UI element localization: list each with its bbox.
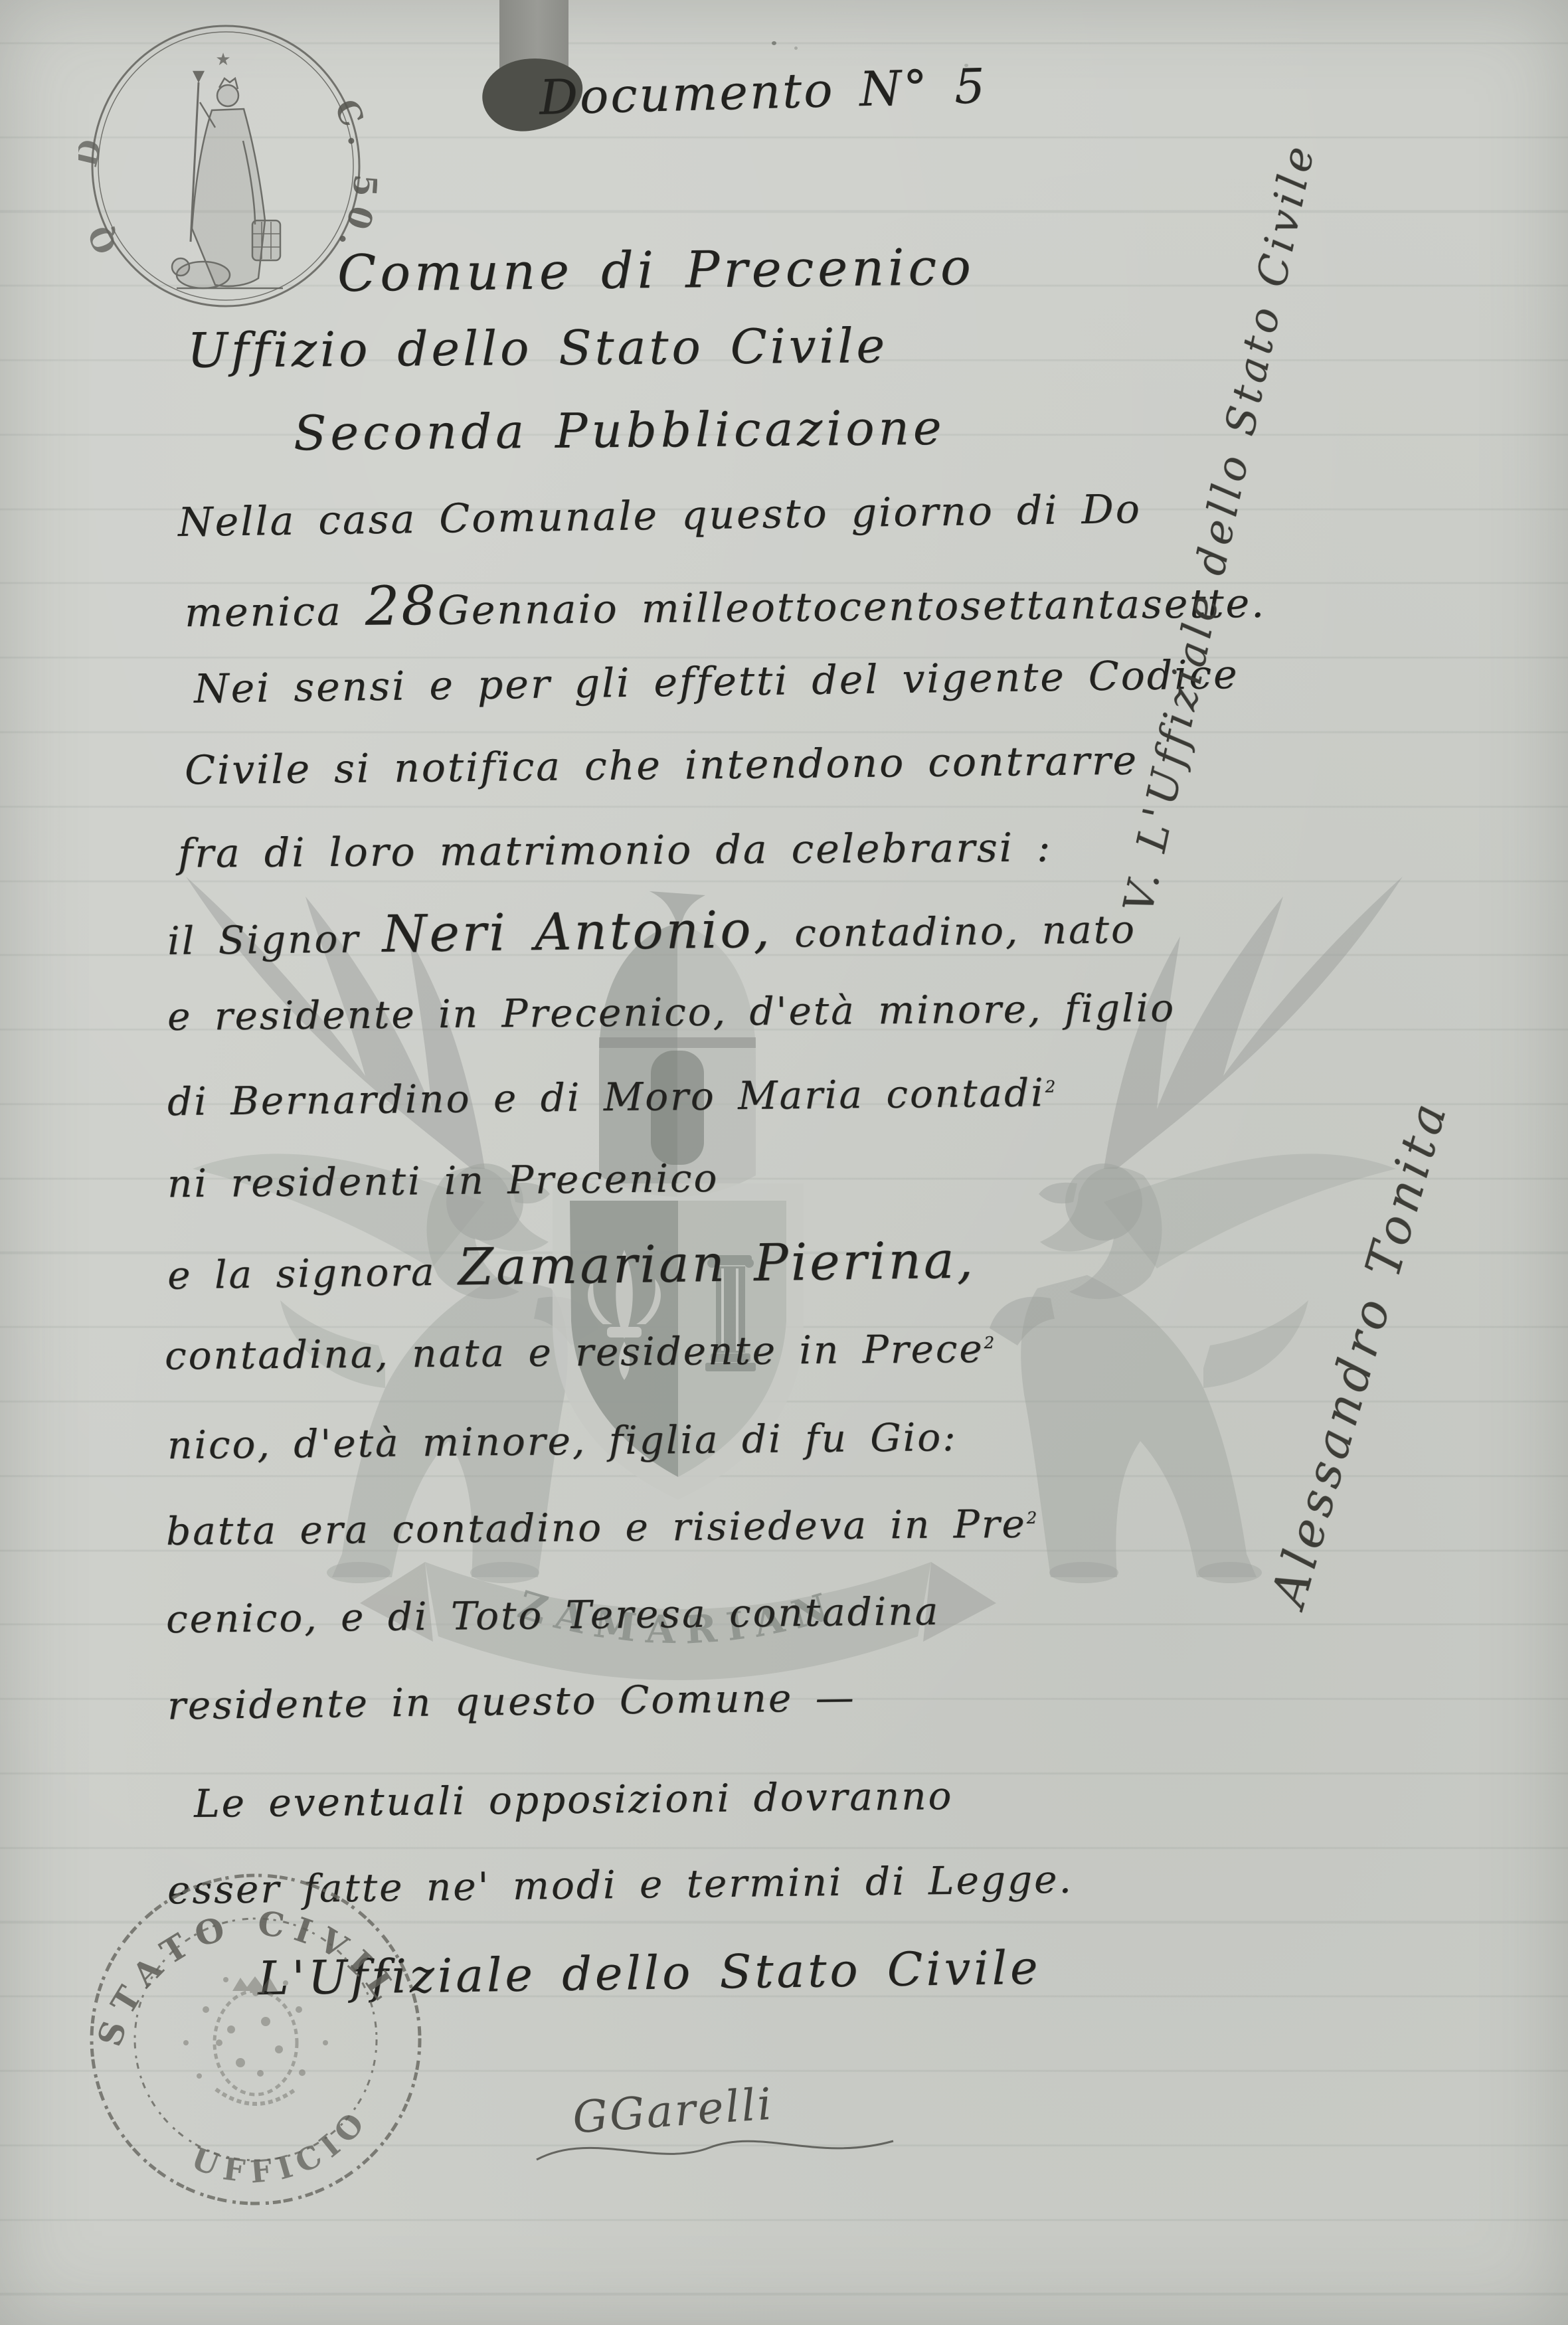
revenue-stamp-figure-icon [172,72,283,288]
revenue-stamp-star-icon: ★ [215,50,230,70]
revenue-stamp-ring-letters: Q D D [78,21,132,259]
groom-name: Neri Antonio, [382,901,772,964]
office-stamp-emblem-icon [183,1976,328,2104]
body-line-groom: il Signor Neri Antonio, contadino, nato [167,896,1137,967]
svg-text:Q D D: Q D D [78,21,132,259]
body-line-8: di Bernardino e di Moro Maria contadi2 [167,1070,1056,1124]
groom-prefix: il Signor [167,916,383,964]
continuation-mark: 2 [1045,1077,1055,1096]
revenue-stamp-denomination: C. 50. [327,94,377,263]
signature-flourish-icon [531,2118,903,2178]
continuation-mark: 2 [1027,1508,1037,1527]
body-line-12: nico, d'età minore, figlia di fu Gio: [167,1415,958,1468]
body-line-9: ni residenti in Precenico [167,1156,719,1207]
office-stamp-icon: STATO CIVILE UFFICIO [66,1844,445,2229]
office-stamp-ring-top: STATO CIVILE [66,1844,408,2051]
groom-suffix: contadino, nato [772,906,1136,956]
body-line-3: Nei sensi e per gli effetti del vigente … [194,651,1239,713]
doc-number-line: Documento N° 5 [539,58,988,126]
margin-annotation-official: V. L'Uffiziale dello Stato Civile [1114,137,1325,917]
body-line-5: fra di loro matrimonio da celebrarsi : [178,824,1053,877]
continuation-mark: 2 [984,1333,994,1352]
svg-text:C. 50.: C. 50. [327,94,377,263]
body-line-2-prefix: menica [185,588,365,636]
body-line-2: menica 28Gennaio milleottocentosettantas… [185,568,1266,640]
paper-speck [794,46,798,50]
comune-line: Comune di Precenico [337,237,976,303]
body-line-16: Le eventuali opposizioni dovranno [194,1773,954,1826]
paper-speck [772,41,776,45]
office-line: Uffizio dello Stato Civile [187,317,889,378]
body-line-2-rest: Gennaio milleottocentosettantasette. [438,580,1266,634]
publication-line: Seconda Pubblicazione [294,400,946,462]
bride-name: Zamarian Pierina, [458,1231,976,1298]
body-line-7: e residente in Precenico, d'età minore, … [167,985,1176,1039]
svg-text:STATO CIVILE: STATO CIVILE [66,1844,408,2051]
body-line-15: residente in questo Comune — [167,1675,856,1729]
body-line-8-text: di Bernardino e di Moro Maria contadi [167,1070,1045,1124]
body-line-13: batta era contadino e risiedeva in Pre2 [166,1501,1037,1553]
body-line-11: contadina, nata e residente in Prece2 [165,1326,995,1379]
body-line-bride: e la signora Zamarian Pierina, [167,1231,976,1302]
body-line-11-text: contadina, nata e residente in Prece [165,1326,984,1379]
body-line-1: Nella casa Comunale questo giorno di Do [178,486,1142,546]
body-line-2-day: 28 [365,575,438,638]
scanned-civil-record-page: ZAMARIAN Q D D C. 50. ★ [0,0,1568,2325]
revenue-stamp-icon: Q D D C. 50. ★ [78,21,377,327]
bride-prefix: e la signora [167,1249,459,1298]
body-line-4: Civile si notifica che intendono contrar… [185,737,1139,794]
body-line-13-text: batta era contadino e risiedeva in Pre [166,1501,1027,1553]
body-line-14: cenico, e di Toto Teresa contadina [166,1589,940,1642]
